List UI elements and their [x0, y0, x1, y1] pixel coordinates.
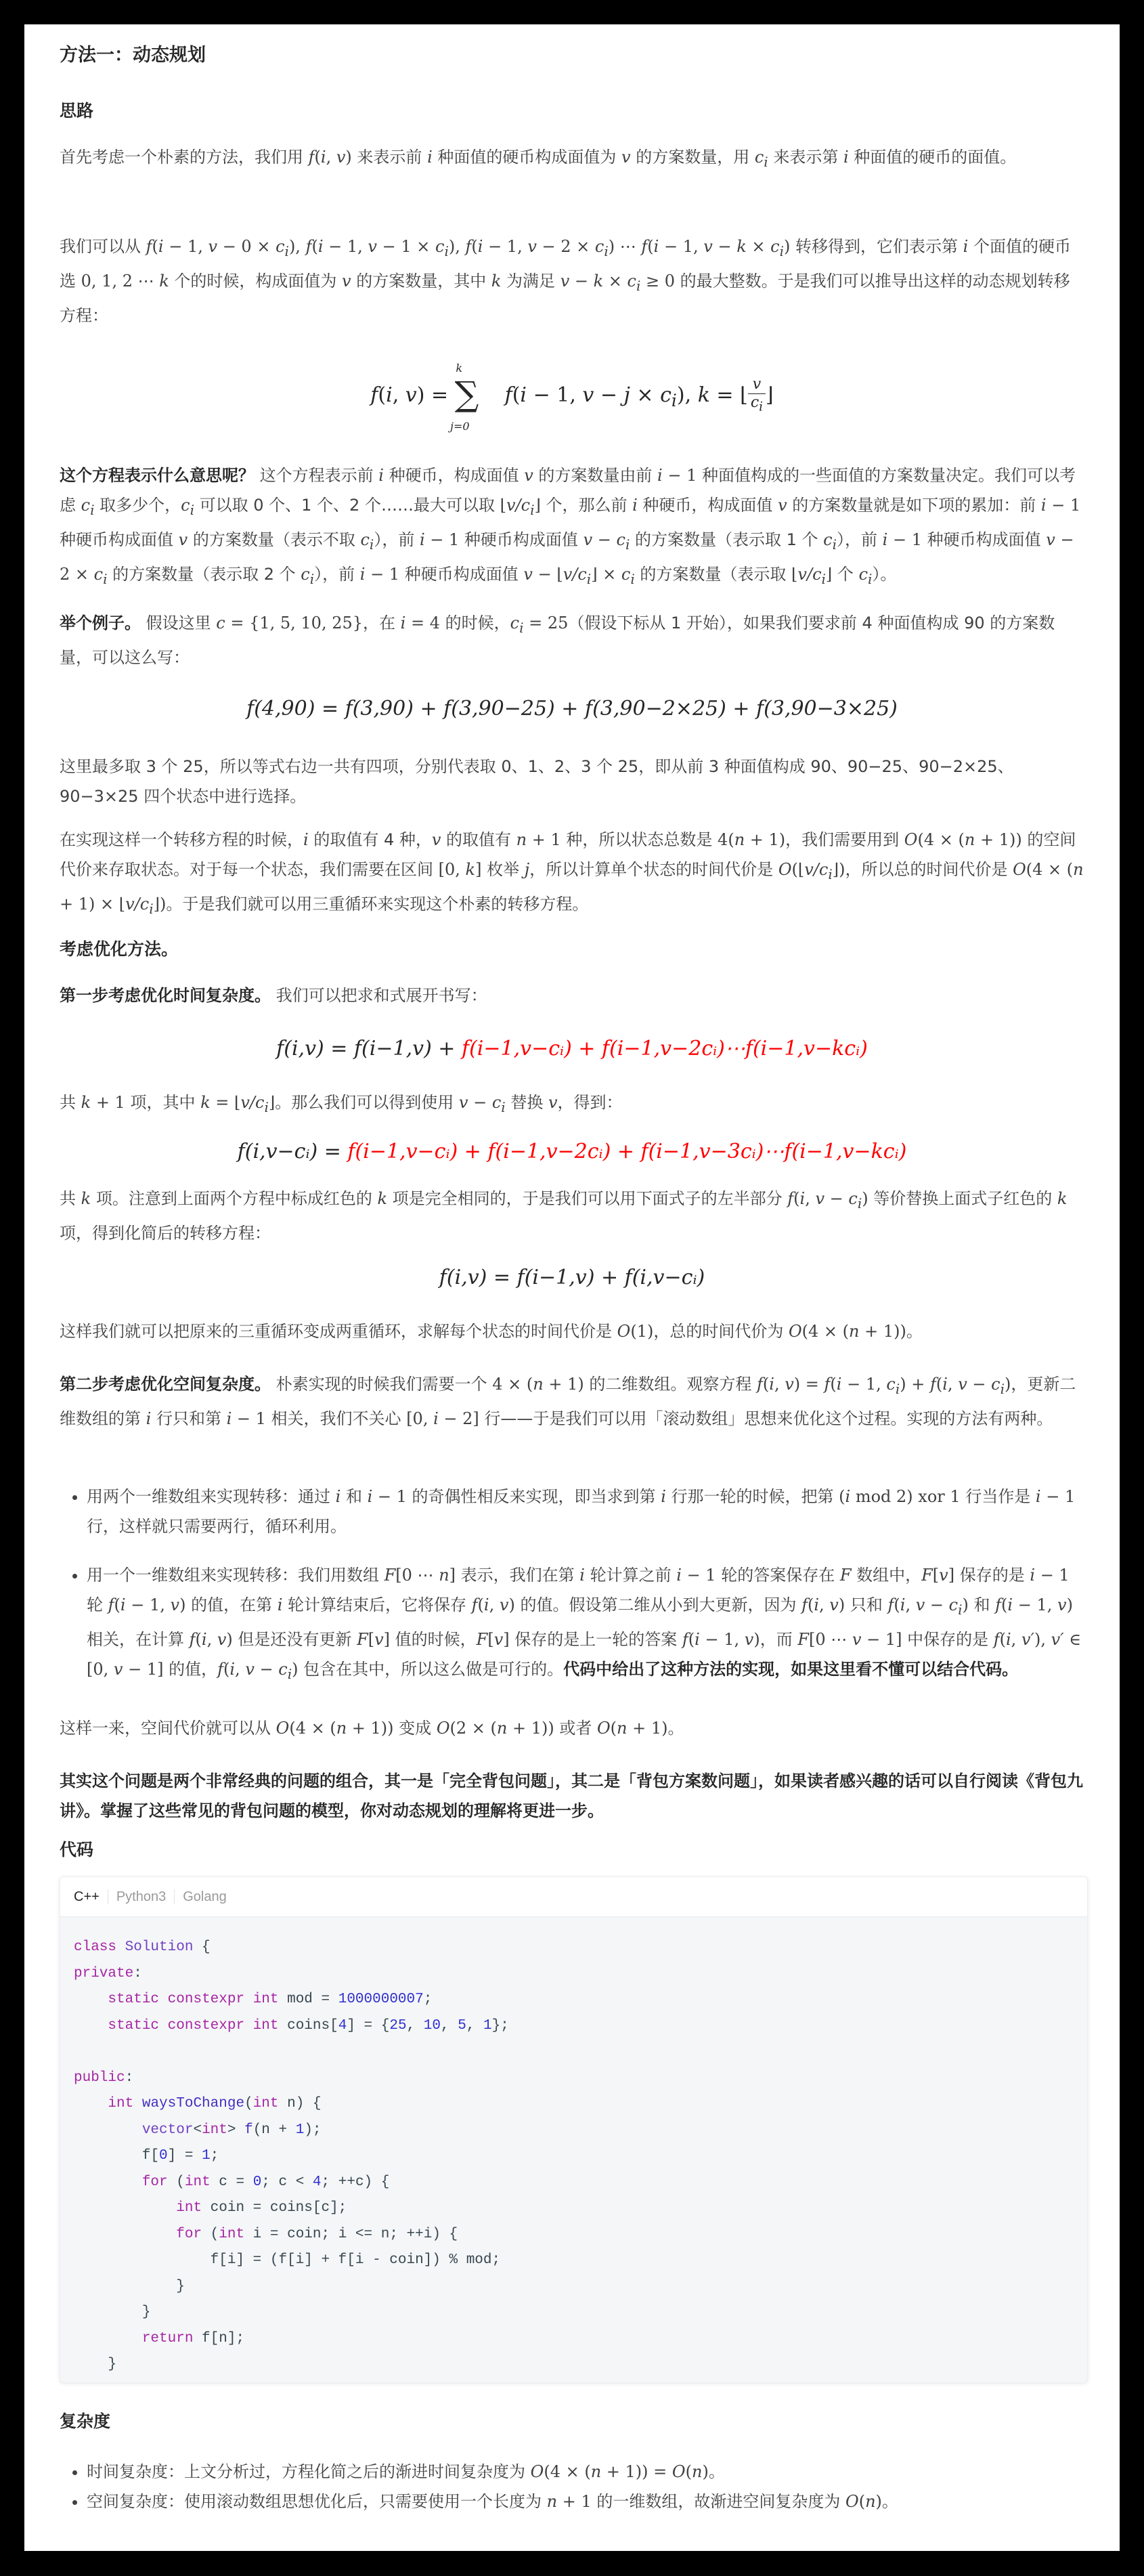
paragraph-naive-cost: 在实现这样一个转移方程的时候，i 的取值有 4 种，v 的取值有 n + 1 种… — [60, 825, 1084, 924]
paragraph-step2: 第二步考虑优化空间复杂度。 朴素实现的时候我们需要一个 4 × (n + 1) … — [60, 1369, 1084, 1434]
article-panel: 方法一：动态规划 思路 首先考虑一个朴素的方法，我们用 f(i, v) 来表示前… — [24, 24, 1120, 2551]
paragraph-example-explain: 这里最多取 3 个 25，所以等式右边一共有四项，分别代表取 0、1、2、3 个… — [60, 752, 1084, 811]
rolling-array-list: 用两个一维数组来实现转移：通过 i 和 i − 1 的奇偶性相反来实现，即当求到… — [60, 1482, 1084, 1708]
page-title: 方法一：动态规划 — [60, 42, 1084, 69]
paragraph-meaning: 这个方程表示什么意思呢？ 这个方程表示前 i 种硬币，构成面值 v 的方案数量由… — [60, 460, 1084, 593]
equation-expanded: f(i,v) = f(i−1,v) + f(i−1,v−cᵢ) + f(i−1,… — [60, 1032, 1084, 1066]
paragraph-simplify: 共 k 项。注意到上面两个方程中标成红色的 k 项是完全相同的，于是我们可以用下… — [60, 1184, 1084, 1248]
language-tabs: C++ Python3 Golang — [60, 1877, 1087, 1917]
list-item-time-complexity: 时间复杂度：上文分析过，方程化简之后的渐进时间复杂度为 O(4 × (n + 1… — [87, 2457, 1084, 2487]
tab-golang[interactable]: Golang — [175, 1889, 235, 1905]
equation-sum: f(i, v) = ∑kj=0f(i − 1, v − j × ci), k =… — [60, 349, 1084, 431]
paragraph-intro: 首先考虑一个朴素的方法，我们用 f(i, v) 来表示前 i 种面值的硬币构成面… — [60, 142, 1084, 177]
paragraph-step1: 第一步考虑优化时间复杂度。 我们可以把求和式展开书写： — [60, 981, 1084, 1010]
list-item-two-arrays: 用两个一维数组来实现转移：通过 i 和 i − 1 的奇偶性相反来实现，即当求到… — [87, 1482, 1084, 1541]
code-card: C++ Python3 Golang class Solution { priv… — [60, 1876, 1088, 2383]
section-heading-complexity: 复杂度 — [60, 2408, 1084, 2435]
equation-example: f(4,90) = f(3,90) + f(3,90−25) + f(3,90−… — [60, 692, 1084, 726]
paragraph-substitute: 共 k + 1 项，其中 k = ⌊v/ci⌋。那么我们可以得到使用 v − c… — [60, 1088, 1084, 1122]
paragraph-knapsack-note: 其实这个问题是两个非常经典的问题的组合，其一是「完全背包问题」，其二是「背包方案… — [60, 1766, 1084, 1826]
list-item-space-complexity: 空间复杂度：使用滚动数组思想优化后，只需要使用一个长度为 n + 1 的一维数组… — [87, 2487, 1084, 2516]
tab-python3[interactable]: Python3 — [108, 1889, 174, 1905]
section-heading-idea: 思路 — [60, 98, 1084, 125]
paragraph-time-result: 这样我们就可以把原来的三重循环变成两重循环，求解每个状态的时间代价是 O(1)，… — [60, 1316, 1084, 1346]
equation-simplified: f(i,v) = f(i−1,v) + f(i,v−cᵢ) — [60, 1261, 1084, 1295]
equation-shifted-red-terms: f(i−1,v−cᵢ) + f(i−1,v−2cᵢ) + f(i−1,v−3cᵢ… — [347, 1140, 906, 1163]
section-heading-optimize: 考虑优化方法。 — [60, 936, 1084, 963]
paragraph-example: 举个例子。 假设这里 c = {1, 5, 10, 25}，在 i = 4 的时… — [60, 608, 1084, 672]
equation-shifted: f(i,v−cᵢ) = f(i−1,v−cᵢ) + f(i−1,v−2cᵢ) +… — [60, 1135, 1084, 1169]
complexity-list: 时间复杂度：上文分析过，方程化简之后的渐进时间复杂度为 O(4 × (n + 1… — [60, 2457, 1084, 2516]
paragraph-space-result: 这样一来，空间代价就可以从 O(4 × (n + 1)) 变成 O(2 × (n… — [60, 1713, 1084, 1743]
section-heading-code: 代码 — [60, 1837, 1084, 1864]
paragraph-transition: 我们可以从 f(i − 1, v − 0 × ci), f(i − 1, v −… — [60, 232, 1084, 330]
equation-expanded-red-terms: f(i−1,v−cᵢ) + f(i−1,v−2cᵢ)⋯f(i−1,v−kcᵢ) — [462, 1037, 868, 1060]
code-block[interactable]: class Solution { private: static constex… — [60, 1917, 1087, 2383]
tab-cpp[interactable]: C++ — [74, 1889, 108, 1905]
list-item-one-array: 用一个一维数组来实现转移：我们用数组 F[0 ⋯ n] 表示，我们在第 i 轮计… — [87, 1560, 1084, 1689]
